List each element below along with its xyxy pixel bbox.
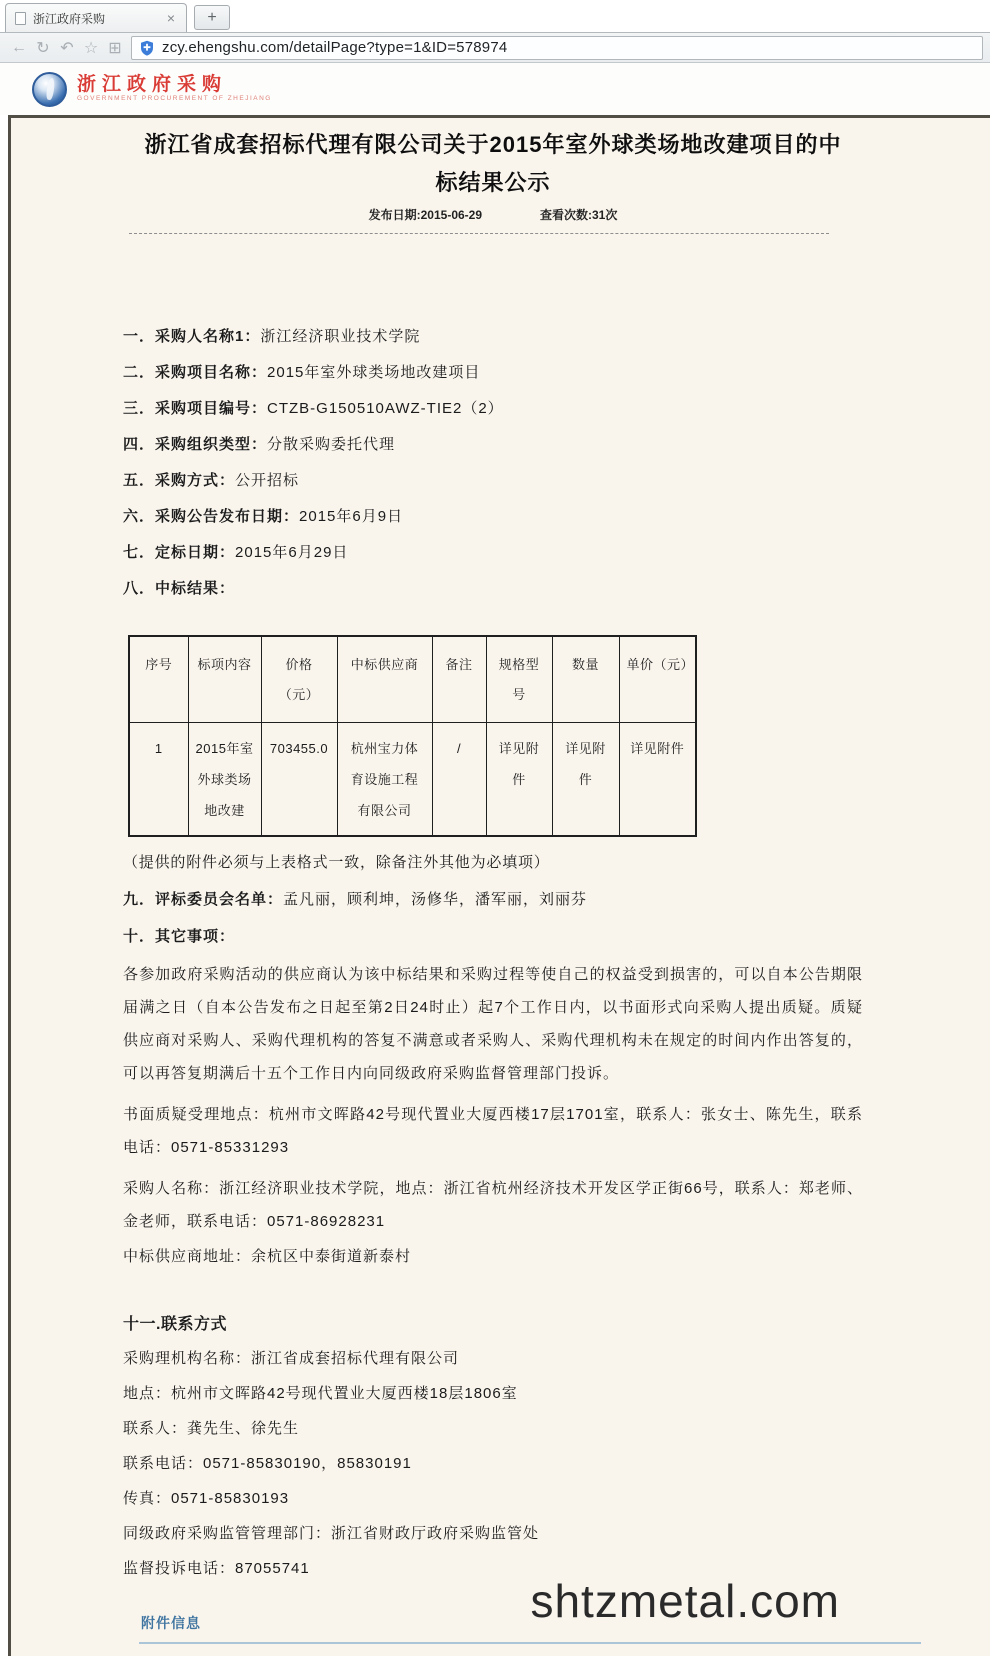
table-cell: 杭州宝力体育设施工程有限公司 xyxy=(337,723,432,837)
table-row: 1 2015年室外球类场地改建 703455.0 杭州宝力体育设施工程有限公司 … xyxy=(129,723,696,837)
contact-line: 地点：杭州市文晖路42号现代置业大厦西楼18层1806室 xyxy=(123,1383,863,1404)
table-header-row: 序号 标项内容 价格（元） 中标供应商 备注 规格型号 数量 单价（元） xyxy=(129,636,696,723)
site-logo[interactable]: 浙江政府采购 GOVERNMENT PROCUREMENT OF ZHEJIAN… xyxy=(77,75,272,103)
announcement-document: 浙江省成套招标代理有限公司关于2015年室外球类场地改建项目的中标结果公示 发布… xyxy=(123,126,863,1644)
paragraph: 中标供应商地址：余杭区中泰街道新泰村 xyxy=(123,1240,863,1273)
col-header: 规格型号 xyxy=(486,636,552,723)
col-header: 标项内容 xyxy=(188,636,261,723)
browser-tab[interactable]: 浙江政府采购 × xyxy=(5,3,187,32)
table-cell: 1 xyxy=(129,723,188,837)
site-logo-subtext: GOVERNMENT PROCUREMENT OF ZHEJIANG xyxy=(77,95,272,103)
list-item: 五．采购方式：公开招标 xyxy=(123,470,863,491)
table-cell: 703455.0 xyxy=(261,723,337,837)
col-header: 序号 xyxy=(129,636,188,723)
doc-meta: 发布日期:2015-06-29 查看次数:31次 xyxy=(123,206,863,223)
history-icon[interactable]: ↶ xyxy=(55,38,79,58)
reload-icon[interactable]: ↻ xyxy=(31,38,55,58)
site-logo-icon[interactable] xyxy=(32,72,67,107)
col-header: 备注 xyxy=(432,636,486,723)
back-icon[interactable]: ← xyxy=(7,39,31,57)
contact-line: 同级政府采购监管管理部门：浙江省财政厅政府采购监管处 xyxy=(123,1523,863,1544)
paragraph: 各参加政府采购活动的供应商认为该中标结果和采购过程等使自己的权益受到损害的，可以… xyxy=(123,958,863,1090)
table-cell: 详见附件 xyxy=(552,723,619,837)
url-text: zcy.ehengshu.com/detailPage?type=1&ID=57… xyxy=(162,39,507,56)
contact-line: 联系电话：0571-85830190，85830191 xyxy=(123,1453,863,1474)
site-logo-text: 浙江政府采购 xyxy=(77,75,272,95)
shield-icon xyxy=(139,40,155,56)
list-item: 八．中标结果： xyxy=(123,578,863,599)
attachment-label: 附件信息 xyxy=(141,1615,201,1631)
tab-title: 浙江政府采购 xyxy=(33,10,158,27)
favorite-icon[interactable]: ☆ xyxy=(79,38,103,58)
table-cell: 详见附件 xyxy=(486,723,552,837)
list-item: 一．采购人名称1：浙江经济职业技术学院 xyxy=(123,326,863,347)
address-bar[interactable]: zcy.ehengshu.com/detailPage?type=1&ID=57… xyxy=(131,36,983,60)
page-content: 浙江省成套招标代理有限公司关于2015年室外球类场地改建项目的中标结果公示 发布… xyxy=(8,115,990,1656)
table-note: （提供的附件必须与上表格式一致，除备注外其他为必填项） xyxy=(123,851,863,872)
col-header: 数量 xyxy=(552,636,619,723)
apps-icon[interactable]: ⊞ xyxy=(103,38,127,58)
list-item: 四．采购组织类型：分散采购委托代理 xyxy=(123,434,863,455)
paragraph: 书面质疑受理地点：杭州市文晖路42号现代置业大厦西楼17层1701室，联系人：张… xyxy=(123,1098,863,1164)
table-cell: / xyxy=(432,723,486,837)
contact-line: 传真：0571-85830193 xyxy=(123,1488,863,1509)
publish-date: 发布日期:2015-06-29 xyxy=(369,206,482,223)
list-item: 七．定标日期：2015年6月29日 xyxy=(123,542,863,563)
paragraph: 采购人名称：浙江经济职业技术学院，地点：浙江省杭州经济技术开发区学正街66号，联… xyxy=(123,1172,863,1238)
contact-line: 联系人：龚先生、徐先生 xyxy=(123,1418,863,1439)
list-item: 六．采购公告发布日期：2015年6月9日 xyxy=(123,506,863,527)
dashed-divider xyxy=(129,233,829,234)
view-count: 查看次数:31次 xyxy=(540,206,617,223)
contact-section-title: 十一.联系方式 xyxy=(123,1311,863,1334)
table-cell: 详见附件 xyxy=(619,723,696,837)
new-tab-button[interactable]: + xyxy=(194,5,230,30)
table-cell: 2015年室外球类场地改建 xyxy=(188,723,261,837)
browser-tab-bar: 浙江政府采购 × + xyxy=(0,0,990,33)
site-header: 浙江政府采购 GOVERNMENT PROCUREMENT OF ZHEJIAN… xyxy=(0,63,990,115)
watermark: shtzmetal.com xyxy=(530,1574,840,1628)
col-header: 单价（元） xyxy=(619,636,696,723)
list-item: 二．采购项目名称：2015年室外球类场地改建项目 xyxy=(123,362,863,383)
browser-toolbar: ← ↻ ↶ ☆ ⊞ zcy.ehengshu.com/detailPage?ty… xyxy=(0,33,990,63)
col-header: 价格（元） xyxy=(261,636,337,723)
bid-result-table: 序号 标项内容 价格（元） 中标供应商 备注 规格型号 数量 单价（元） 1 2… xyxy=(128,635,697,837)
list-item: 三．采购项目编号：CTZB-G150510AWZ-TIE2（2） xyxy=(123,398,863,419)
committee-list: 九．评标委员会名单：孟凡丽，顾利坤，汤修华，潘军丽，刘丽芬 xyxy=(123,888,863,909)
tab-close-icon[interactable]: × xyxy=(165,11,177,25)
numbered-items: 一．采购人名称1：浙江经济职业技术学院 二．采购项目名称：2015年室外球类场地… xyxy=(123,326,863,599)
page-icon xyxy=(15,12,26,25)
page-title: 浙江省成套招标代理有限公司关于2015年室外球类场地改建项目的中标结果公示 xyxy=(137,126,849,202)
contact-line: 采购理机构名称：浙江省成套招标代理有限公司 xyxy=(123,1348,863,1369)
col-header: 中标供应商 xyxy=(337,636,432,723)
other-matters-heading: 十．其它事项： xyxy=(123,925,863,946)
